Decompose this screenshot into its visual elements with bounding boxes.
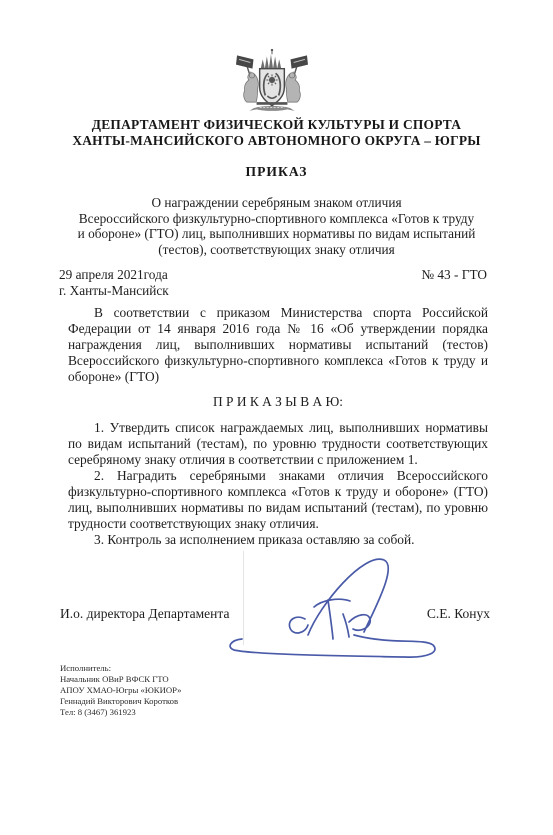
doc-subject: О награждении серебряным знаком отличия … xyxy=(38,195,515,258)
bear-right-icon xyxy=(286,72,301,102)
doc-city: г. Ханты-Мансийск xyxy=(59,283,169,299)
executor-line: Геннадий Викторович Коротков xyxy=(60,696,182,707)
org-name-line2: ХАНТЫ-МАНСИЙСКОГО АВТОНОМНОГО ОКРУГА – Ю… xyxy=(0,133,553,149)
document-page: ДЕПАРТАМЕНТ ФИЗИЧЕСКОЙ КУЛЬТУРЫ И СПОРТА… xyxy=(0,0,553,835)
doc-meta-row: 29 апреля 2021года г. Ханты-Мансийск № 4… xyxy=(59,267,487,298)
executor-line: Исполнитель: xyxy=(60,663,182,674)
order-item-2: 2. Наградить серебряными знаками отличия… xyxy=(68,468,488,532)
doc-subject-line: О награждении серебряным знаком отличия xyxy=(38,195,515,211)
order-item-1: 1. Утвердить список награждаемых лиц, вы… xyxy=(68,420,488,468)
doc-type-title: ПРИКАЗ xyxy=(0,164,553,180)
executor-line: Начальник ОВиР ВФСК ГТО xyxy=(60,674,182,685)
doc-subject-line: Всероссийского физкультурно-спортивного … xyxy=(38,211,515,227)
doc-subject-line: и обороне» (ГТО) лиц, выполнивших нормат… xyxy=(38,226,515,242)
preamble-paragraph: В соответствии с приказом Министерства с… xyxy=(68,305,488,385)
org-name: ДЕПАРТАМЕНТ ФИЗИЧЕСКОЙ КУЛЬТУРЫ И СПОРТА… xyxy=(0,117,553,148)
doc-subject-line: (тестов), соответствующих знаку отличия xyxy=(38,242,515,258)
coat-of-arms-icon xyxy=(236,48,308,112)
signature-row: И.о. директора Департамента С.Е. Конух xyxy=(60,606,490,622)
doc-body: В соответствии с приказом Министерства с… xyxy=(68,305,488,548)
doc-number: № 43 - ГТО xyxy=(421,267,487,283)
bear-left-icon xyxy=(244,72,259,102)
doc-date: 29 апреля 2021года xyxy=(59,267,169,283)
order-item-3: 3. Контроль за исполнением приказа остав… xyxy=(68,532,488,548)
signer-name: С.Е. Конух xyxy=(427,606,490,622)
org-name-line1: ДЕПАРТАМЕНТ ФИЗИЧЕСКОЙ КУЛЬТУРЫ И СПОРТА xyxy=(0,117,553,133)
executor-line: АПОУ ХМАО-Югры «ЮКИОР» xyxy=(60,685,182,696)
date-city-block: 29 апреля 2021года г. Ханты-Мансийск xyxy=(59,267,169,298)
signer-title: И.о. директора Департамента xyxy=(60,606,229,622)
executor-line: Тел: 8 (3467) 361923 xyxy=(60,707,182,718)
resolution-word: П Р И К А З Ы В А Ю: xyxy=(68,394,488,410)
executor-block: Исполнитель: Начальник ОВиР ВФСК ГТО АПО… xyxy=(60,663,182,718)
